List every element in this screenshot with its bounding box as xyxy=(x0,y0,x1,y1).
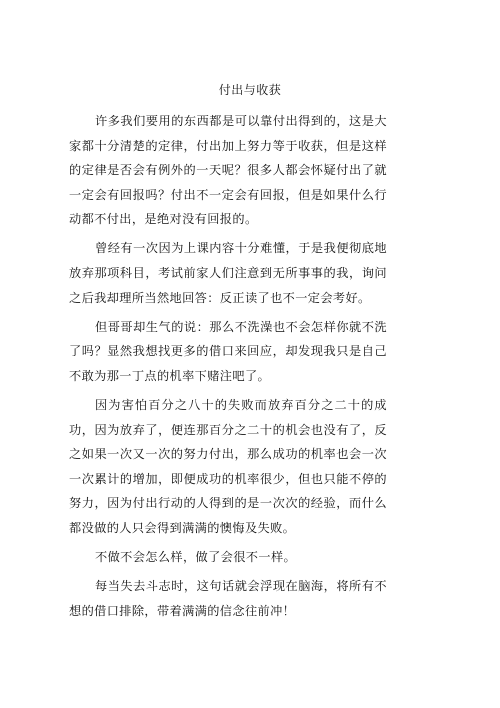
document-body: 许多我们要用的东西都是可以靠付出得到的，这是大家都十分清楚的定律，付出加上努力等… xyxy=(69,109,387,628)
paragraph-2: 曾经有一次因为上课内容十分难懂，于是我便彻底地放弃那项科目，考试前家人们注意到无… xyxy=(69,236,387,310)
document-page: 付出与收获 许多我们要用的东西都是可以靠付出得到的，这是大家都十分清楚的定律，付… xyxy=(0,0,500,708)
document-title: 付出与收获 xyxy=(0,81,500,99)
paragraph-3: 但哥哥却生气的说：那么不洗澡也不会怎样你就不洗了吗？显然我想找更多的借口来回应，… xyxy=(69,315,387,389)
paragraph-5: 不做不会怎么样，做了会很不一样。 xyxy=(69,545,387,570)
paragraph-6: 每当失去斗志时，这句话就会浮现在脑海，将所有不想的借口排除，带着满满的信念往前冲… xyxy=(69,574,387,623)
paragraph-1: 许多我们要用的东西都是可以靠付出得到的，这是大家都十分清楚的定律，付出加上努力等… xyxy=(69,109,387,232)
paragraph-4: 因为害怕百分之八十的失败而放弃百分之二十的成功，因为放弃了，便连那百分之二十的机… xyxy=(69,393,387,541)
